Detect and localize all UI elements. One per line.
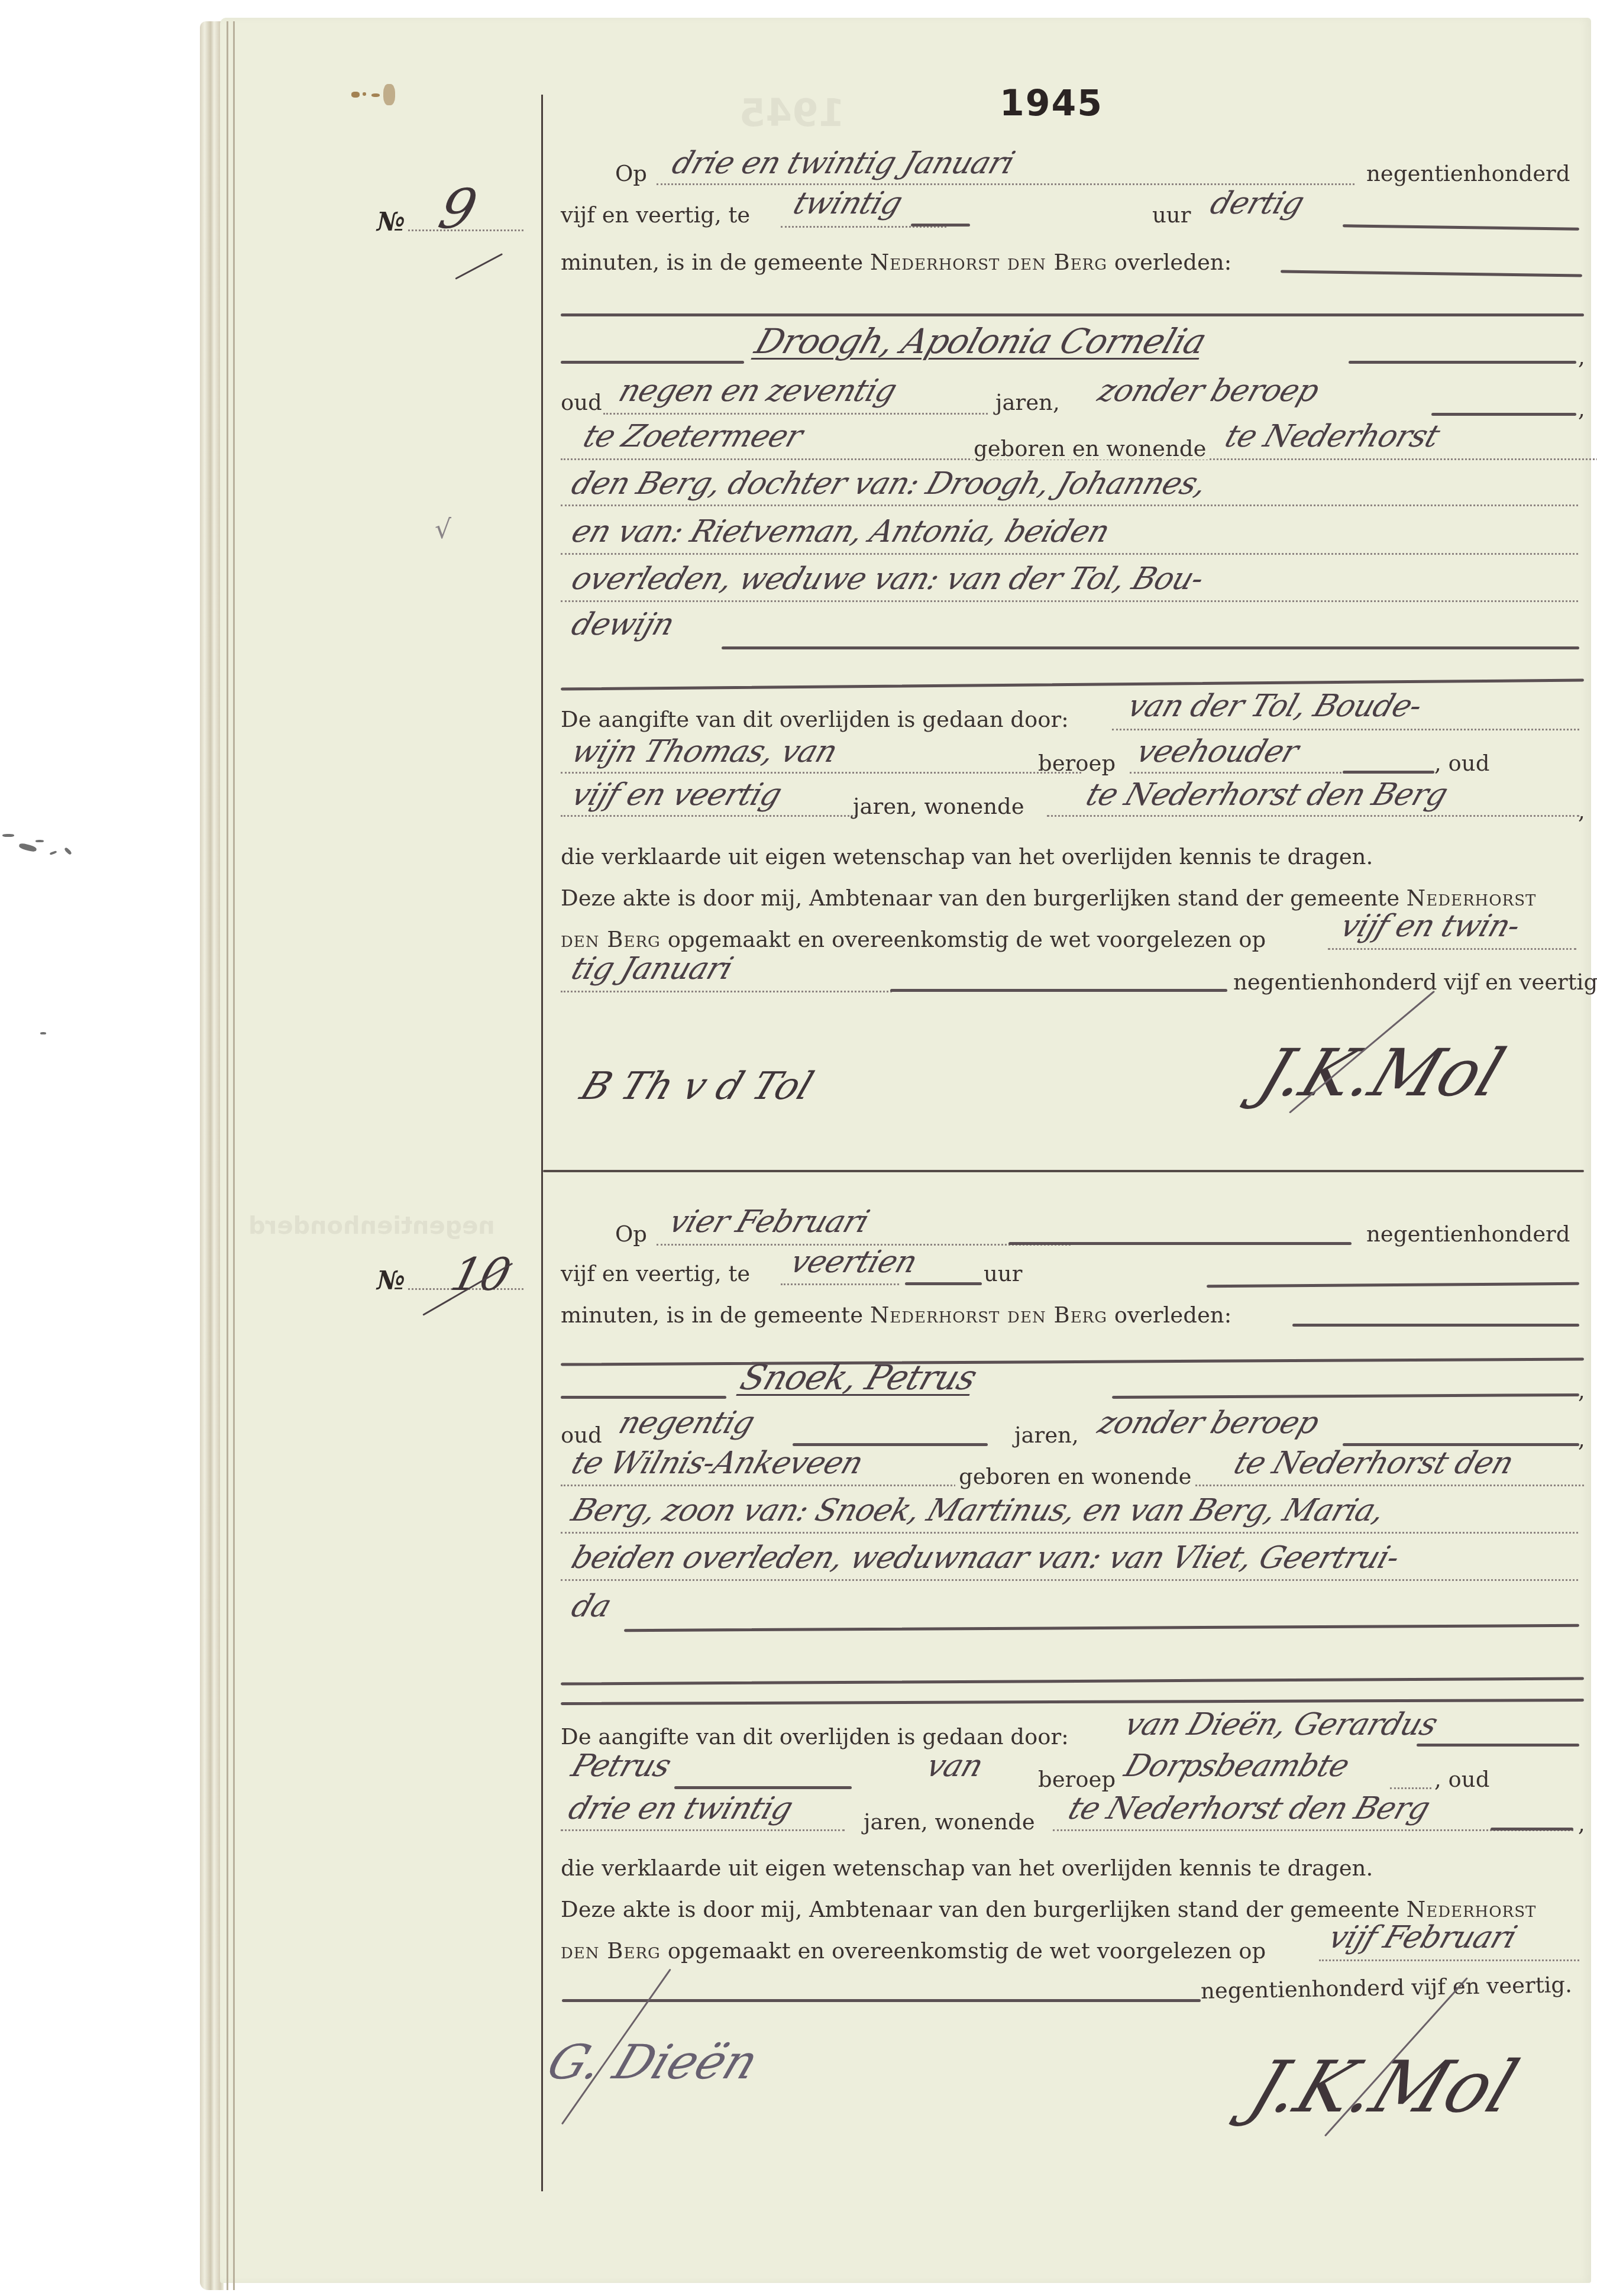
printed-vijf-en-veertig-te: vijf en veertig, te: [561, 204, 750, 226]
fill-rule: [561, 1396, 726, 1399]
scan-debris: [40, 1032, 46, 1034]
municipality-name: Nederhorst den Berg: [870, 250, 1107, 275]
record-separator: [543, 1170, 1584, 1172]
detail-line-handwritten: dewijn: [568, 609, 678, 640]
printed-deze-akte: Deze akte is door mij, Ambtenaar van den…: [561, 887, 1536, 909]
printed-negentienhonderd-vijf-en-veertig: negentienhonderd vijf en veertig.: [1233, 971, 1597, 993]
fill-line: [561, 1532, 1578, 1534]
declarant-name-handwritten: Petrus: [568, 1751, 674, 1781]
printed-uur: uur: [984, 1263, 1022, 1285]
scan-debris: [64, 847, 72, 855]
detail-line-handwritten: overleden, weduwe van: van der Tol, Bou-: [568, 564, 1207, 594]
comma: ,: [1578, 1378, 1585, 1404]
paper-stain: [371, 93, 380, 97]
fill-line: [1047, 815, 1579, 817]
occupation-handwritten: zonder beroep: [1094, 376, 1323, 406]
comma: ,: [1578, 1427, 1585, 1452]
paper-stain: [383, 84, 395, 105]
printed-jaren-wonende: jaren, wonende: [853, 795, 1024, 817]
declarant-age-handwritten: drie en twintig: [565, 1793, 796, 1824]
fill-line: [561, 772, 1081, 774]
printed-op: Op: [615, 163, 647, 185]
declarant-residence-handwritten: te Nederhorst den Berg: [1082, 780, 1451, 810]
fill-rule: [1431, 413, 1576, 416]
printed-uur: uur: [1152, 204, 1191, 226]
fill-line: [603, 413, 988, 415]
death-minutes-handwritten: dertig: [1207, 188, 1308, 219]
scan-debris: [18, 842, 37, 852]
detail-line-handwritten: beiden overleden, weduwnaar van: van Vli…: [568, 1542, 1403, 1573]
fill-rule: [1349, 361, 1576, 364]
read-date-handwritten: vijf Februari: [1325, 1922, 1520, 1953]
death-date-handwritten: vier Februari: [665, 1207, 872, 1237]
printed-opgemaakt: den Berg opgemaakt en overeenkomstig de …: [561, 929, 1266, 950]
read-date-handwritten: tig Januari: [568, 953, 736, 984]
printed-vijf-en-veertig-te: vijf en veertig, te: [561, 1263, 750, 1285]
declarant-name-handwritten: van Dieën, Gerardus: [1121, 1709, 1441, 1740]
fill-rule: [890, 989, 1227, 992]
printed-negentienhonderd-vijf-en-veertig: negentienhonderd vijf en veertig.: [1201, 1974, 1572, 2002]
bleed-through-text: negentienhonderd: [248, 1212, 495, 1240]
fill-line: [1390, 1787, 1431, 1789]
registrar-signature: J.K.Mol: [1239, 2046, 1528, 2129]
deceased-name-handwritten: Snoek, Petrus: [736, 1360, 981, 1395]
declarant-name-handwritten: wijn Thomas, van: [568, 736, 841, 767]
fill-rule: [905, 1282, 982, 1285]
declarant-age-handwritten: vijf en veertig: [568, 780, 785, 810]
printed-aangifte: De aangifte van dit overlijden is gedaan…: [561, 709, 1069, 730]
paper-stain: [351, 92, 360, 98]
fill-rule: [1491, 1828, 1573, 1831]
fill-rule: [674, 1786, 852, 1789]
printed-oud: oud: [561, 392, 602, 413]
fill-line: [781, 1283, 899, 1285]
printed-aangifte: De aangifte van dit overlijden is gedaan…: [561, 1726, 1069, 1748]
margin-checkmark: √: [435, 515, 451, 545]
fill-rule: [1417, 1744, 1579, 1747]
fill-line: [561, 600, 1578, 602]
printed-beroep: beroep: [1038, 1768, 1116, 1790]
fill-line: [561, 505, 1578, 506]
binding-line: [227, 21, 228, 2290]
residence-handwritten: te Nederhorst: [1221, 421, 1443, 452]
fill-line: [561, 1829, 845, 1831]
fill-line: [561, 1579, 1578, 1581]
residence-handwritten: te Nederhorst den: [1230, 1448, 1517, 1479]
declarant-name-handwritten: van der Tol, Boude-: [1124, 691, 1425, 722]
comma: ,: [1578, 798, 1585, 824]
printed-negentienhonderd: negentienhonderd: [1366, 163, 1570, 185]
printed-minuten: minuten, is in de gemeente Nederhorst de…: [561, 1304, 1231, 1326]
printed-jaren-wonende: jaren, wonende: [864, 1811, 1035, 1833]
declarant-occupation-handwritten: Dorpsbeambte: [1121, 1751, 1353, 1781]
declarant-signature: G. Dieën: [540, 2035, 766, 2090]
municipality-name: Nederhorst den Berg: [870, 1302, 1107, 1328]
fill-rule: [1008, 1242, 1352, 1245]
blank-rule: [561, 313, 1584, 316]
margin-divider: [541, 95, 543, 2191]
birthplace-handwritten: te Zoetermeer: [580, 421, 806, 452]
fill-rule: [722, 646, 1579, 649]
detail-line-handwritten: den Berg, dochter van: Droogh, Johannes,: [568, 468, 1210, 499]
fill-line: [561, 815, 856, 817]
registrar-signature: J.K.Mol: [1249, 1035, 1514, 1111]
fill-line: [1112, 729, 1579, 730]
paper-stain: [363, 92, 366, 96]
fill-line: [561, 553, 1578, 555]
bleed-through-year: 1945: [739, 92, 845, 135]
printed-oud: , oud: [1434, 1768, 1489, 1790]
printed-oud: , oud: [1434, 752, 1489, 774]
printed-jaren: jaren,: [995, 392, 1060, 413]
death-date-handwritten: drie en twintig Januari: [668, 148, 1018, 179]
binding-line: [233, 21, 235, 2290]
scan-debris: [2, 834, 14, 837]
fill-line: [1319, 1959, 1579, 1961]
occupation-handwritten: zonder beroep: [1094, 1408, 1323, 1438]
age-handwritten: negen en zeventig: [615, 376, 900, 406]
detail-line-handwritten: en van: Rietveman, Antonia, beiden: [568, 516, 1113, 547]
age-handwritten: negentig: [615, 1408, 758, 1438]
fill-rule: [561, 361, 744, 364]
declarant-occupation-handwritten: veehouder: [1133, 736, 1302, 767]
fill-rule: [1343, 771, 1434, 774]
printed-deze-akte: Deze akte is door mij, Ambtenaar van den…: [561, 1899, 1536, 1920]
death-hour-handwritten: twintig: [790, 188, 906, 219]
printed-geboren-en-wonende: geboren en wonende: [970, 438, 1210, 460]
fill-rule: [911, 224, 970, 227]
record-number-label: №: [377, 207, 405, 237]
fill-rule: [562, 1999, 1201, 2002]
printed-geboren-en-wonende: geboren en wonende: [955, 1466, 1195, 1487]
printed-verklaarde: die verklaarde uit eigen wetenschap van …: [561, 1857, 1373, 1879]
scan-debris: [50, 851, 57, 855]
printed-oud: oud: [561, 1424, 602, 1446]
declarant-residence-handwritten: te Nederhorst den Berg: [1065, 1793, 1433, 1824]
deceased-name-handwritten: Droogh, Apolonia Cornelia: [751, 324, 1210, 358]
printed-jaren: jaren,: [1014, 1424, 1079, 1446]
register-year: 1945: [1000, 83, 1103, 124]
comma: ,: [1578, 1811, 1585, 1836]
read-date-handwritten: vijf en twin-: [1337, 911, 1524, 942]
fill-line: [561, 991, 892, 992]
printed-negentienhonderd: negentienhonderd: [1366, 1223, 1570, 1245]
comma: ,: [1578, 396, 1585, 422]
birthplace-handwritten: te Wilnis-Ankeveen: [568, 1448, 867, 1479]
fill-rule: [1292, 1324, 1579, 1327]
death-hour-handwritten: veertien: [787, 1247, 920, 1278]
printed-op: Op: [615, 1223, 647, 1245]
record-number-label: №: [377, 1266, 405, 1296]
printed-minuten: minuten, is in de gemeente Nederhorst de…: [561, 251, 1231, 273]
printed-opgemaakt: den Berg opgemaakt en overeenkomstig de …: [561, 1940, 1266, 1962]
printed-verklaarde: die verklaarde uit eigen wetenschap van …: [561, 846, 1373, 868]
detail-line-handwritten: Berg, zoon van: Snoek, Martinus, en van …: [568, 1495, 1388, 1526]
declarant-signature: B Th v d Tol: [575, 1065, 819, 1108]
declarant-van-handwritten: van: [923, 1751, 987, 1781]
scan-debris: [35, 840, 44, 842]
fill-line: [657, 183, 1354, 185]
printed-beroep: beroep: [1038, 752, 1116, 774]
comma: ,: [1578, 344, 1585, 370]
fill-line: [1328, 948, 1576, 950]
